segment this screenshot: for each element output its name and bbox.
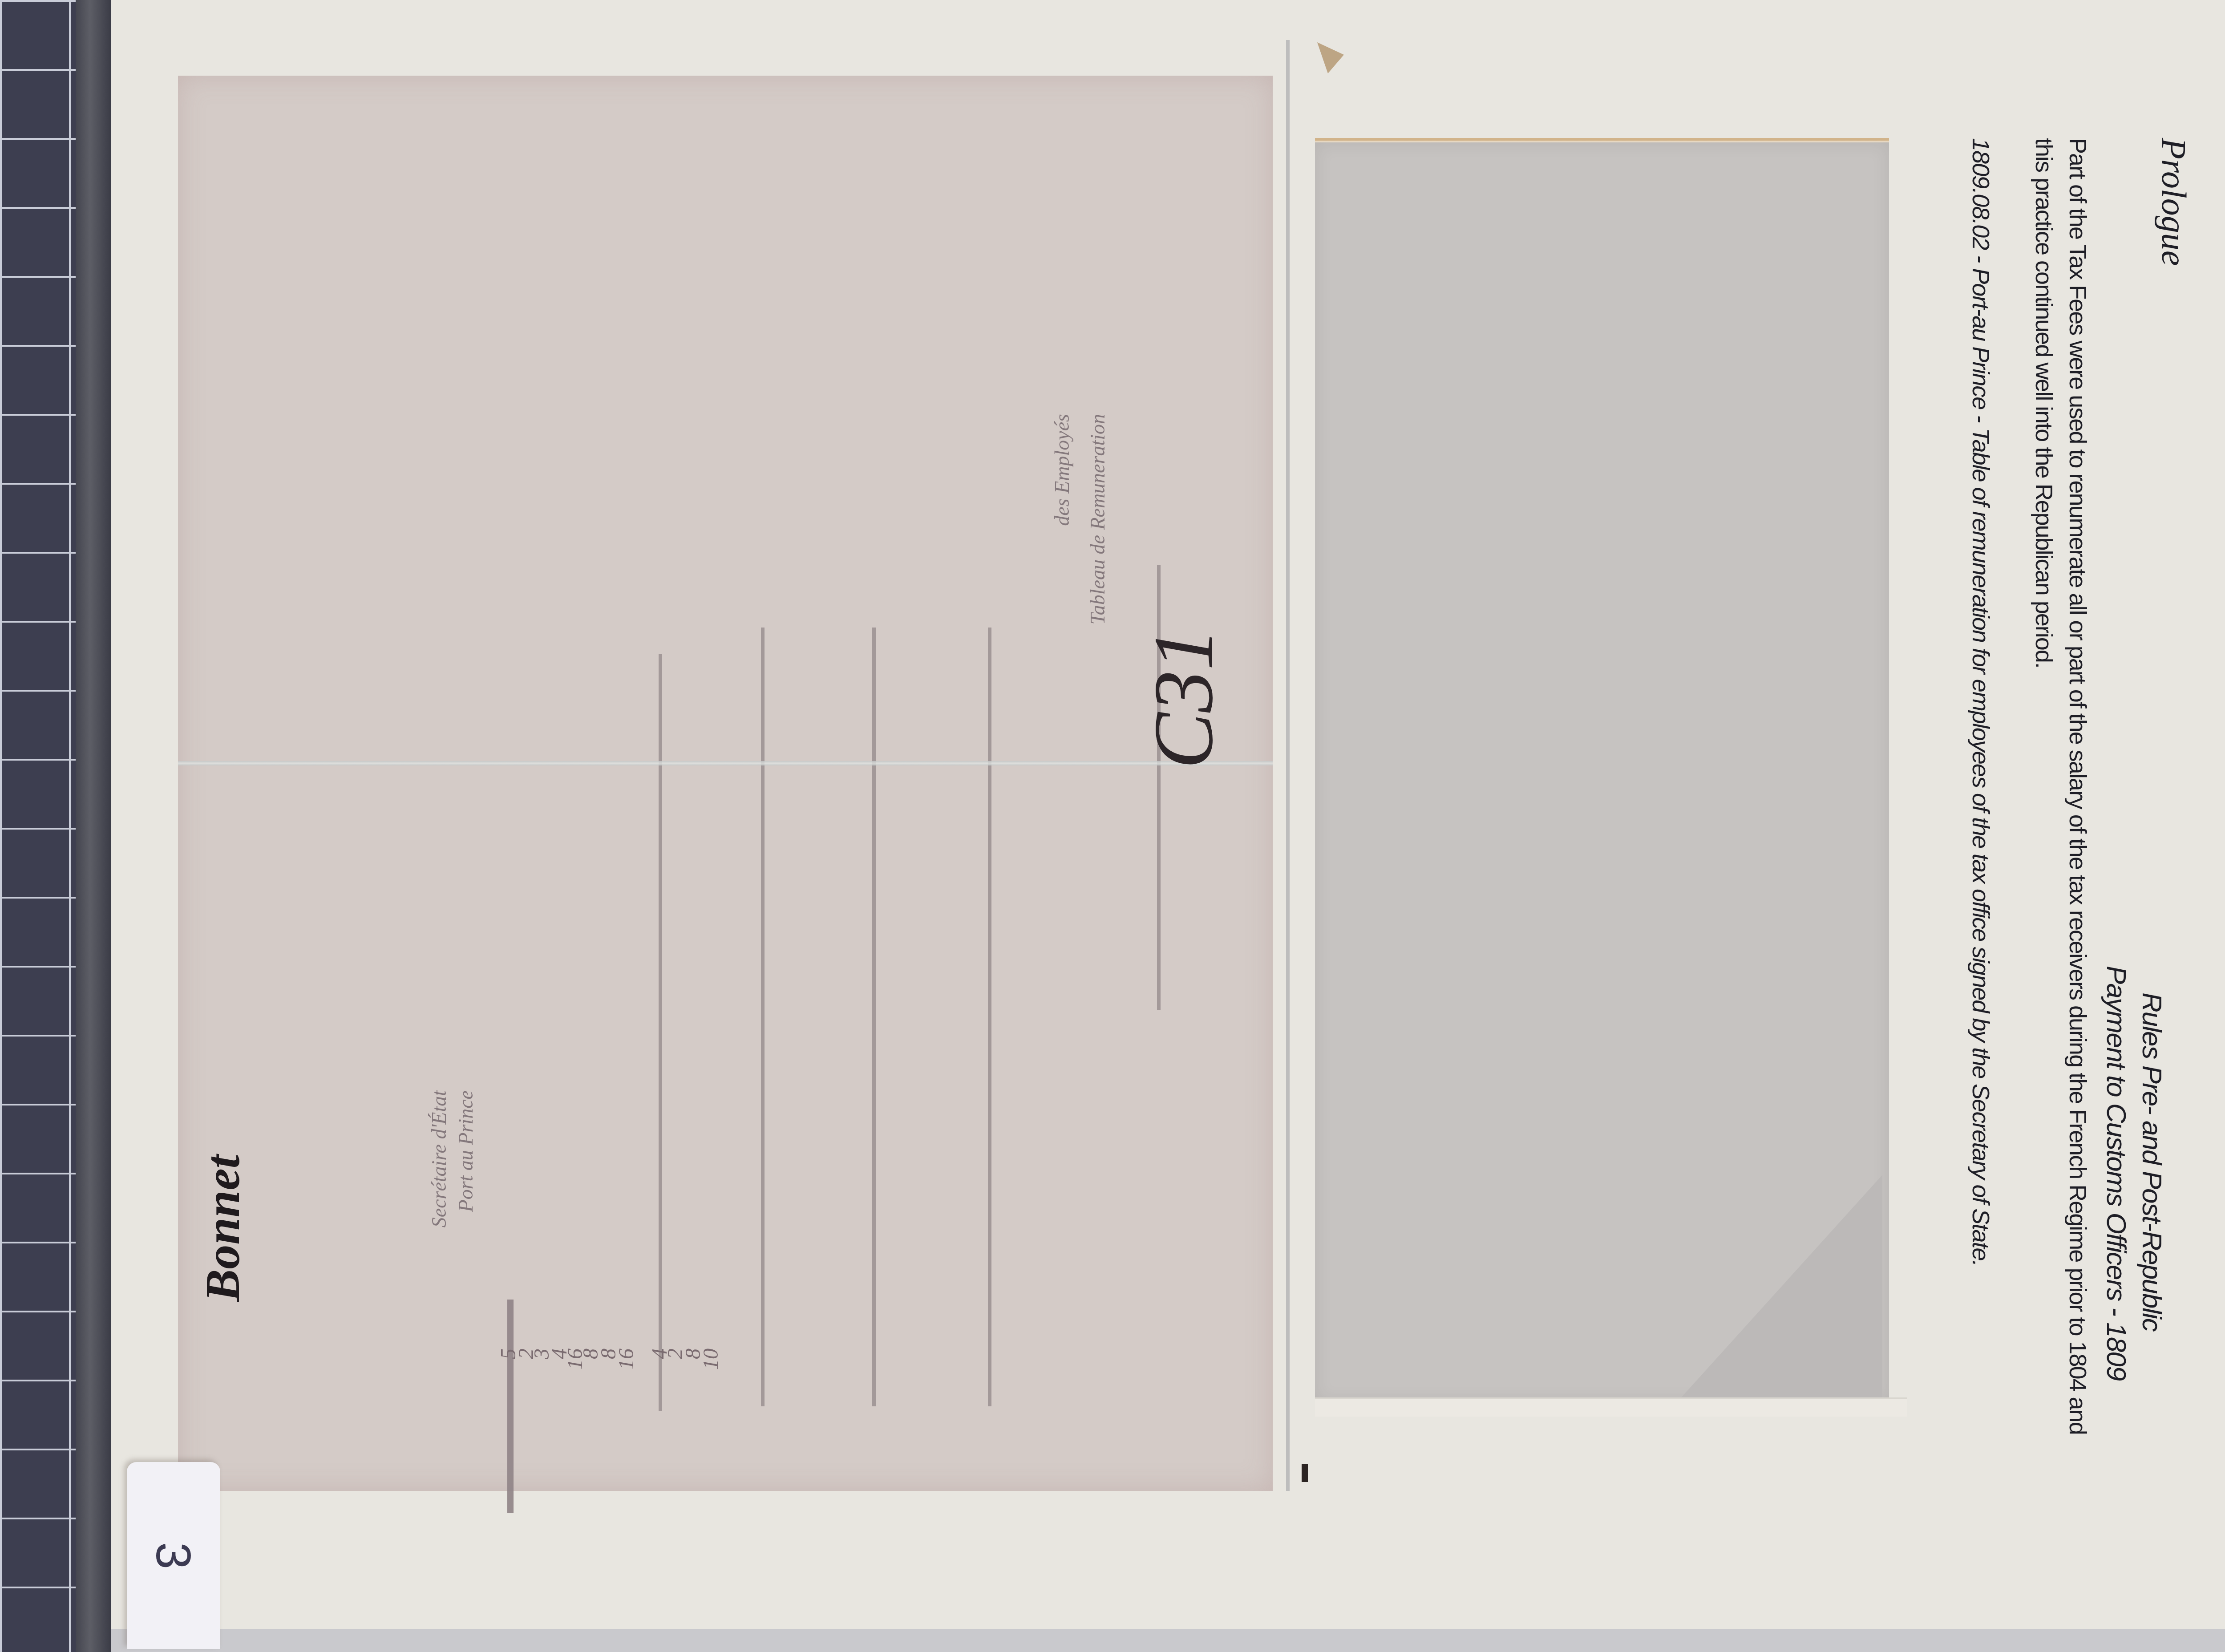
ruled-line	[988, 628, 991, 1406]
heading-line-2: Payment to Customs Officers - 1809	[2100, 966, 2132, 1380]
page-bottom-edge	[111, 1629, 2225, 1652]
document-reverse-side	[1315, 142, 1889, 1402]
docket-number: C31	[1139, 525, 1228, 872]
page-number: 3	[146, 1542, 202, 1569]
mount-edge	[1315, 1397, 1907, 1417]
signature: Bonnet	[191, 1135, 254, 1322]
document-fold-crease	[178, 761, 1273, 765]
amount: 16	[614, 1348, 639, 1370]
remuneration-table-document: Tableau de Remuneration des Employés Por…	[178, 76, 1273, 1491]
ruled-line	[872, 628, 876, 1406]
amount: 10	[699, 1348, 723, 1370]
caption-panel: Prologue Rules Pre- and Post-Republic Pa…	[1913, 125, 2225, 1460]
item-description: 1809.08.02 - Port-au Prince - Table of r…	[1967, 138, 1994, 1266]
heading-line-1: Rules Pre- and Post-Republic	[2136, 992, 2168, 1331]
album-sleeve-left	[76, 0, 111, 1652]
total-rule	[507, 1300, 514, 1513]
page-number-tab[interactable]: 3	[127, 1462, 220, 1649]
ruled-line	[659, 654, 662, 1411]
section-title: Prologue	[2154, 138, 2194, 266]
handwritten-line: des Employés	[1050, 414, 1074, 526]
mount-mark	[1302, 1464, 1308, 1482]
description-paragraph: Part of the Tax Fees were used to renume…	[2027, 138, 2095, 1451]
handwritten-line: Tableau de Remuneration	[1086, 414, 1109, 625]
handwritten-line: Port au Prince	[454, 1090, 477, 1212]
handwritten-line: Secrétaire d'État	[427, 1090, 451, 1227]
mount-divider	[1286, 40, 1290, 1491]
ruled-line	[761, 628, 765, 1406]
document-content: Tableau de Remuneration des Employés Por…	[178, 76, 1273, 1491]
